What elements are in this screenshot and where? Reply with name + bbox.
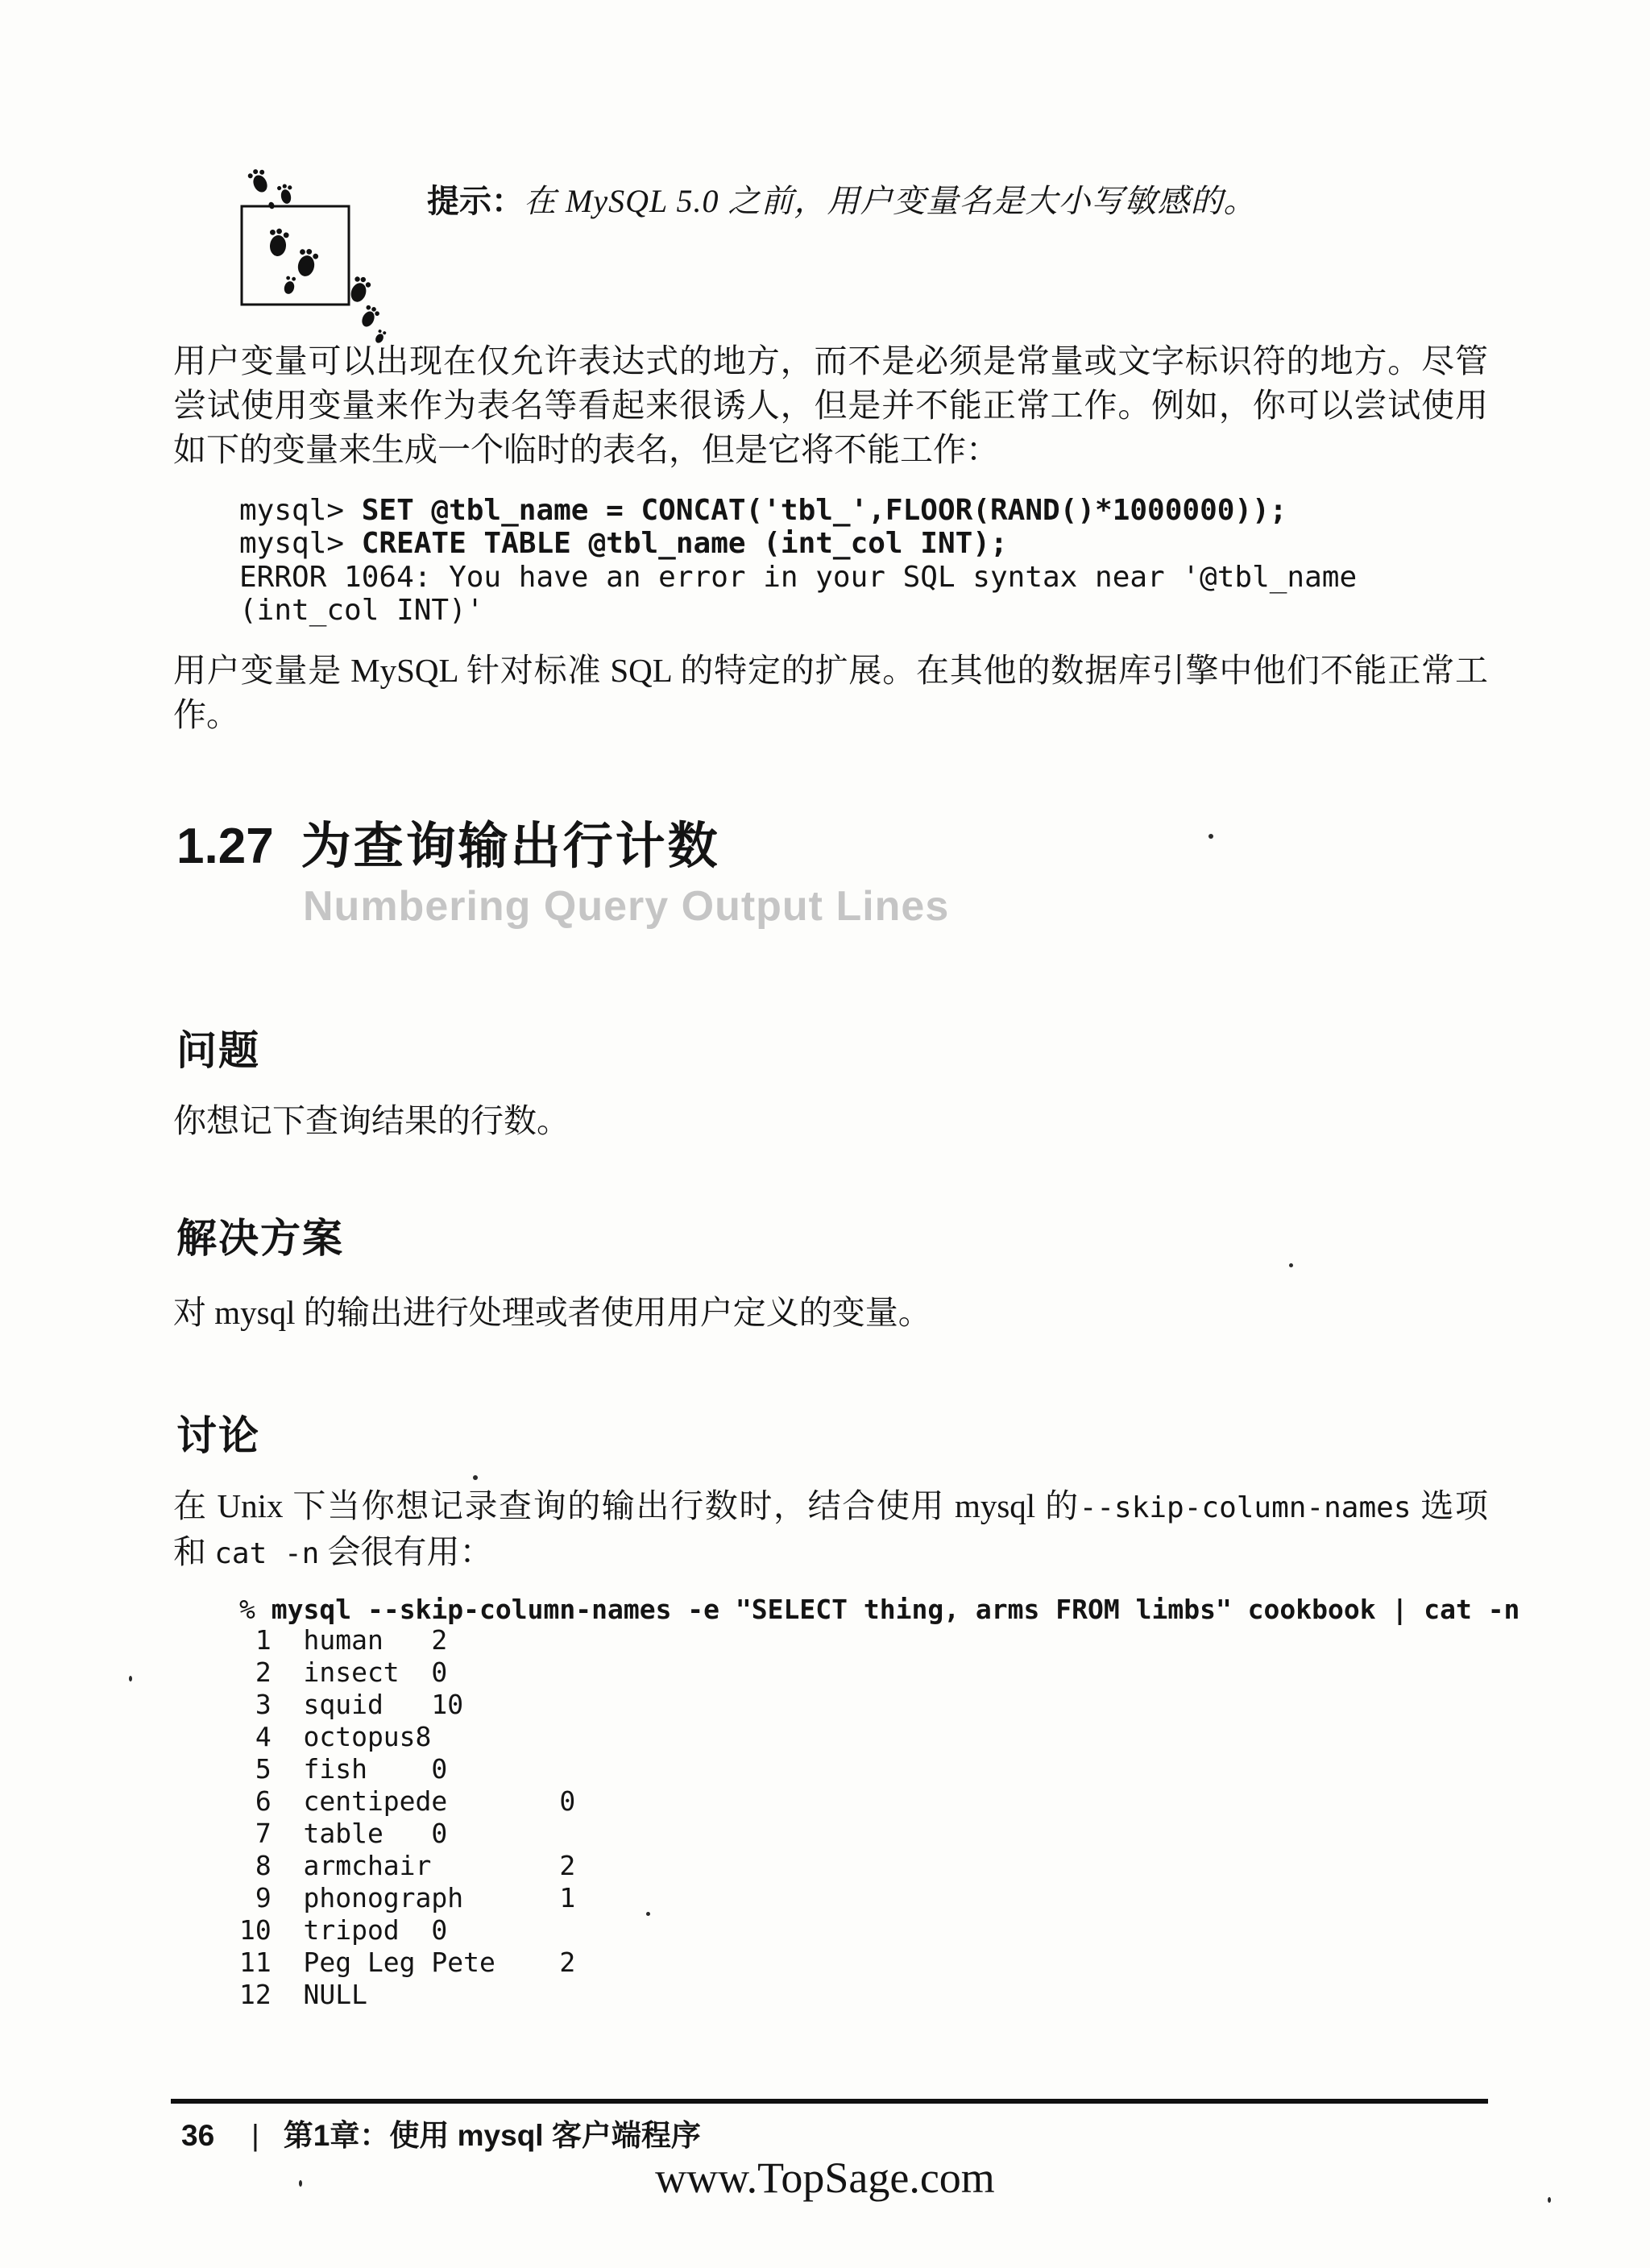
intro-paragraph-line1: 用户变量可以出现在仅允许表达式的地方，而不是必须是常量或文字标识符的地方。尽管 [173, 339, 1488, 384]
option-skip-column-names: --skip-column-names [1080, 1491, 1412, 1524]
tip-text: 在 MySQL 5.0 之前，用户变量名是大小写敏感的。 [524, 183, 1256, 219]
scan-speck [646, 1912, 650, 1916]
section-subtitle-english: Numbering Query Output Lines [303, 882, 949, 931]
tip-box [242, 206, 349, 305]
sql-statement: CREATE TABLE @tbl_name (int_col INT); [362, 527, 1008, 560]
section-title: 为查询输出行计数 [301, 819, 720, 874]
footer-rule [171, 2099, 1488, 2104]
problem-heading: 问题 [176, 1018, 260, 1076]
note-paragraph-line2: 作。 [173, 693, 1488, 737]
error-line: (int_col INT)' [239, 593, 483, 628]
tip-note: 提示：在 MySQL 5.0 之前，用户变量名是大小写敏感的。 [427, 176, 1354, 222]
section-number: 1.27 [176, 819, 274, 874]
shell-command: mysql --skip-column-names -e "SELECT thi… [272, 1594, 1520, 1625]
scan-speck [1208, 834, 1213, 839]
query-output-listing: 1 human 2 2 insect 0 3 squid 10 4 octopu… [239, 1624, 575, 2011]
discussion-heading: 讨论 [176, 1404, 260, 1462]
note-paragraph-line1: 用户变量是 MySQL 针对标准 SQL 的特定的扩展。在其他的数据库引擎中他们… [173, 649, 1488, 693]
discussion-text: 会很有用： [319, 1533, 492, 1570]
scan-speck [299, 2180, 302, 2187]
solution-text: 对 mysql 的输出进行处理或者使用用户定义的变量。 [173, 1291, 1488, 1335]
intro-paragraph-line3: 如下的变量来生成一个临时的表名，但是它将不能工作： [173, 428, 1488, 472]
discussion-text: 在 Unix 下当你想记录查询的输出行数时，结合使用 mysql 的 [173, 1487, 1080, 1524]
shell-prompt: % [239, 1594, 272, 1625]
sql-statement: SET @tbl_name = CONCAT('tbl_',FLOOR(RAND… [362, 494, 1287, 527]
problem-text: 你想记下查询结果的行数。 [173, 1099, 1488, 1143]
page-number: 36 [181, 2119, 214, 2152]
footer: 36|第1章：使用 mysql 客户端程序 [181, 2111, 701, 2154]
footer-chapter: 第1章：使用 mysql 客户端程序 [284, 2119, 701, 2152]
scan-speck [129, 1676, 132, 1681]
shell-command-line: % mysql --skip-column-names -e "SELECT t… [239, 1594, 1519, 1626]
discussion-text: 选项 [1412, 1487, 1489, 1524]
solution-heading: 解决方案 [176, 1206, 344, 1264]
turtle-tracks-icon [230, 161, 391, 350]
mysql-prompt: mysql> [239, 494, 362, 527]
command-cat-n: cat -n [214, 1537, 319, 1570]
section-heading: 1.27为查询输出行计数 [176, 806, 720, 877]
watermark: www.TopSage.com [0, 2153, 1650, 2203]
scan-speck [473, 1475, 478, 1480]
discussion-paragraph-line1: 在 Unix 下当你想记录查询的输出行数时，结合使用 mysql 的--skip… [173, 1484, 1488, 1530]
intro-paragraph-line2: 尝试使用变量来作为表名等看起来很诱人，但是并不能正常工作。例如，你可以尝试使用 [173, 384, 1488, 428]
mysql-prompt: mysql> [239, 527, 362, 560]
code-line: mysql> SET @tbl_name = CONCAT('tbl_',FLO… [239, 493, 1287, 529]
discussion-text: 和 [173, 1533, 214, 1570]
scan-speck [1289, 1263, 1293, 1267]
error-line: ERROR 1064: You have an error in your SQ… [239, 560, 1357, 595]
tip-label: 提示： [427, 184, 524, 219]
footer-separator: | [251, 2119, 259, 2152]
code-line: mysql> CREATE TABLE @tbl_name (int_col I… [239, 526, 1008, 562]
discussion-paragraph-line2: 和 cat -n 会很有用： [173, 1530, 1488, 1576]
scan-speck [1548, 2197, 1551, 2203]
